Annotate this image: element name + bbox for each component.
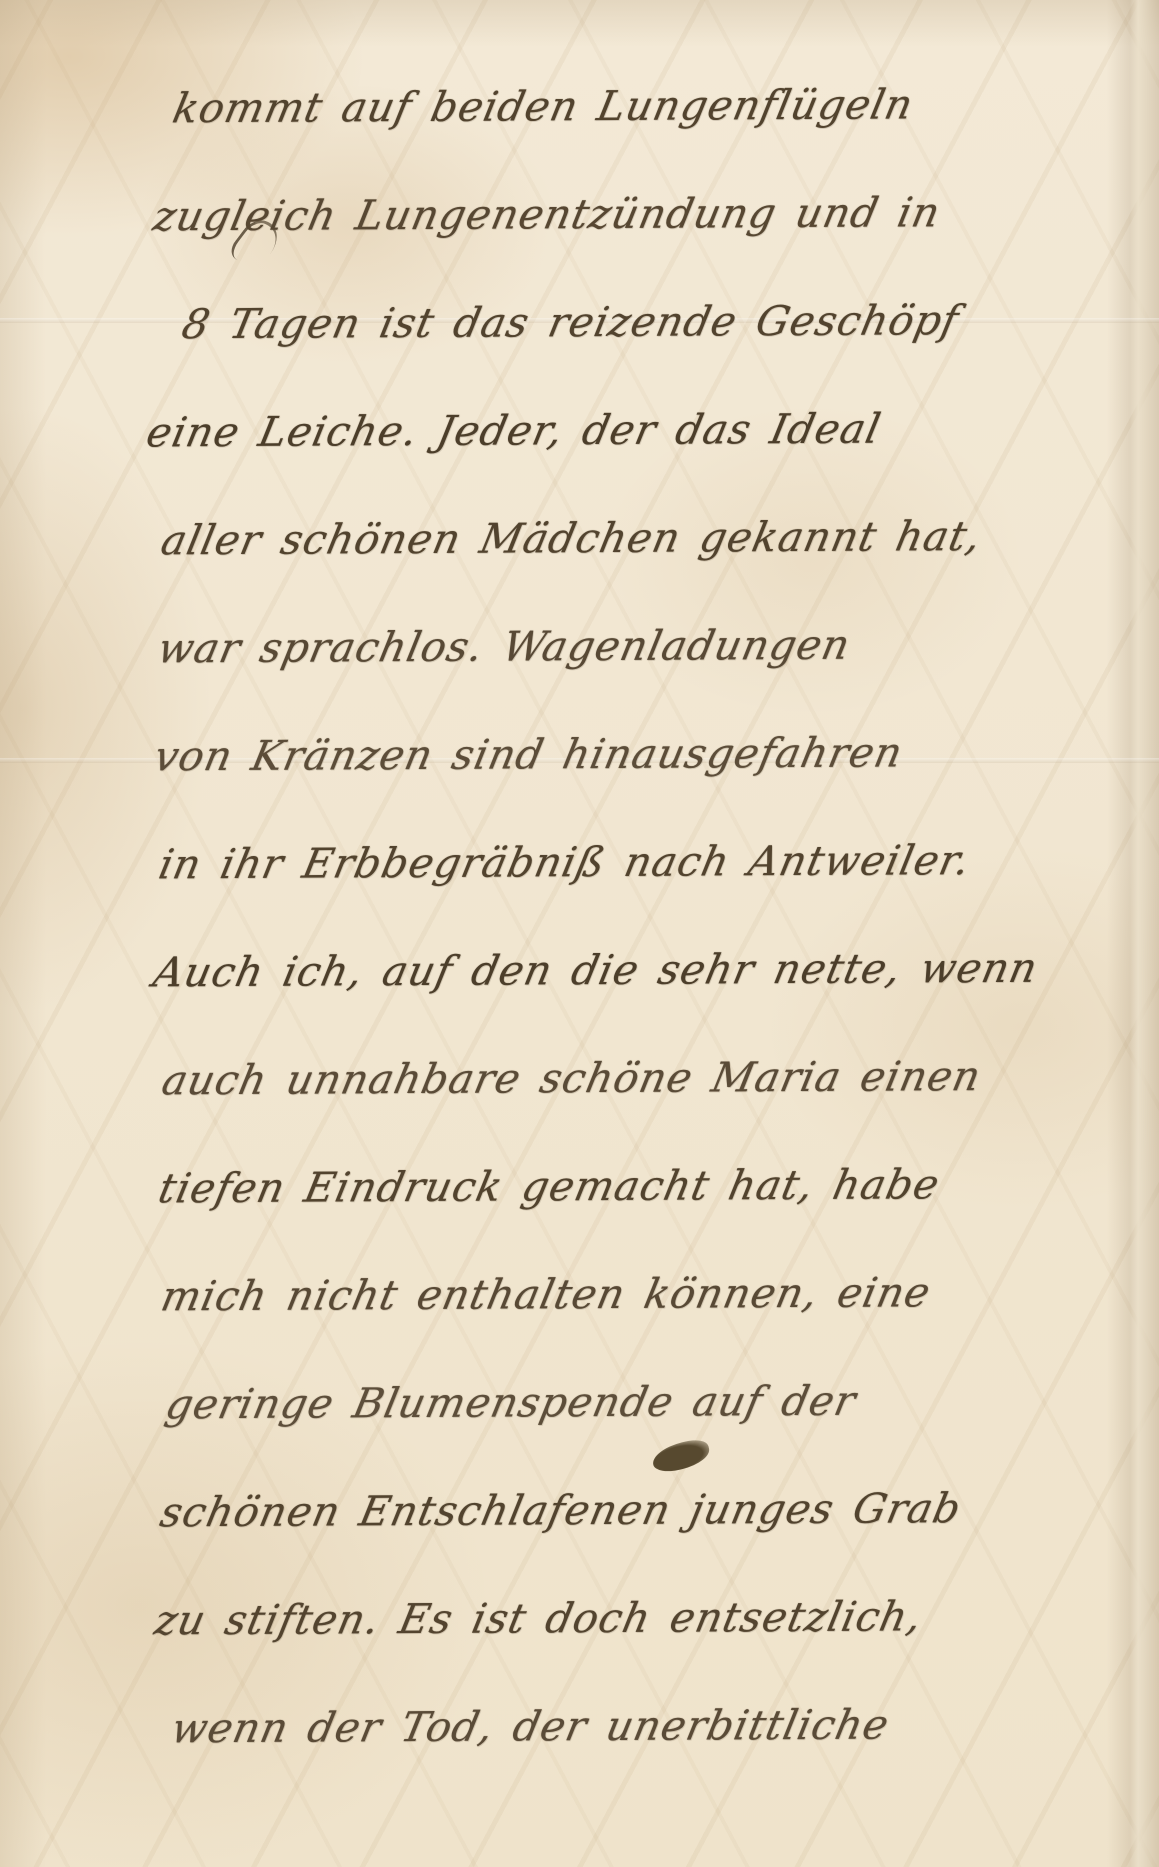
handwriting-line: auch unnahbare schöne Maria einen <box>140 1022 1092 1135</box>
handwriting-line: 8 Tagen ist das reizende Geschöpf <box>136 266 1088 379</box>
handwriting-line: war sprachlos. Wagenladungen <box>137 590 1089 703</box>
handwriting-line: von Kränzen sind hinausgefahren <box>138 698 1090 811</box>
handwriting-line: aller schönen Mädchen gekannt hat, <box>137 482 1089 595</box>
handwriting-line: schönen Entschlafenen junges Grab <box>142 1453 1094 1566</box>
handwriting-line: mich nicht enthalten können, eine <box>141 1238 1093 1351</box>
handwriting-line: Auch ich, auf den die sehr nette, wenn <box>139 914 1091 1027</box>
handwriting-block: kommt auf beiden Lungenflügeln zugleich … <box>145 50 1084 1783</box>
handwriting-line: wenn der Tod, der unerbittliche <box>143 1669 1095 1782</box>
handwriting-line: tiefen Eindruck gemacht hat, habe <box>140 1130 1092 1243</box>
letter-page: kommt auf beiden Lungenflügeln zugleich … <box>0 0 1159 1867</box>
handwriting-line: zu stiften. Es ist doch entsetzlich, <box>142 1561 1094 1674</box>
handwriting-line: geringe Blumenspende auf der <box>141 1345 1093 1458</box>
handwriting-line: kommt auf beiden Lungenflügeln <box>135 50 1087 163</box>
handwriting-line: eine Leiche. Jeder, der das Ideal <box>136 374 1088 487</box>
handwriting-line: in ihr Erbbegräbniß nach Antweiler. <box>139 806 1091 919</box>
handwriting-line: zugleich Lungenentzündung und in <box>135 158 1087 271</box>
